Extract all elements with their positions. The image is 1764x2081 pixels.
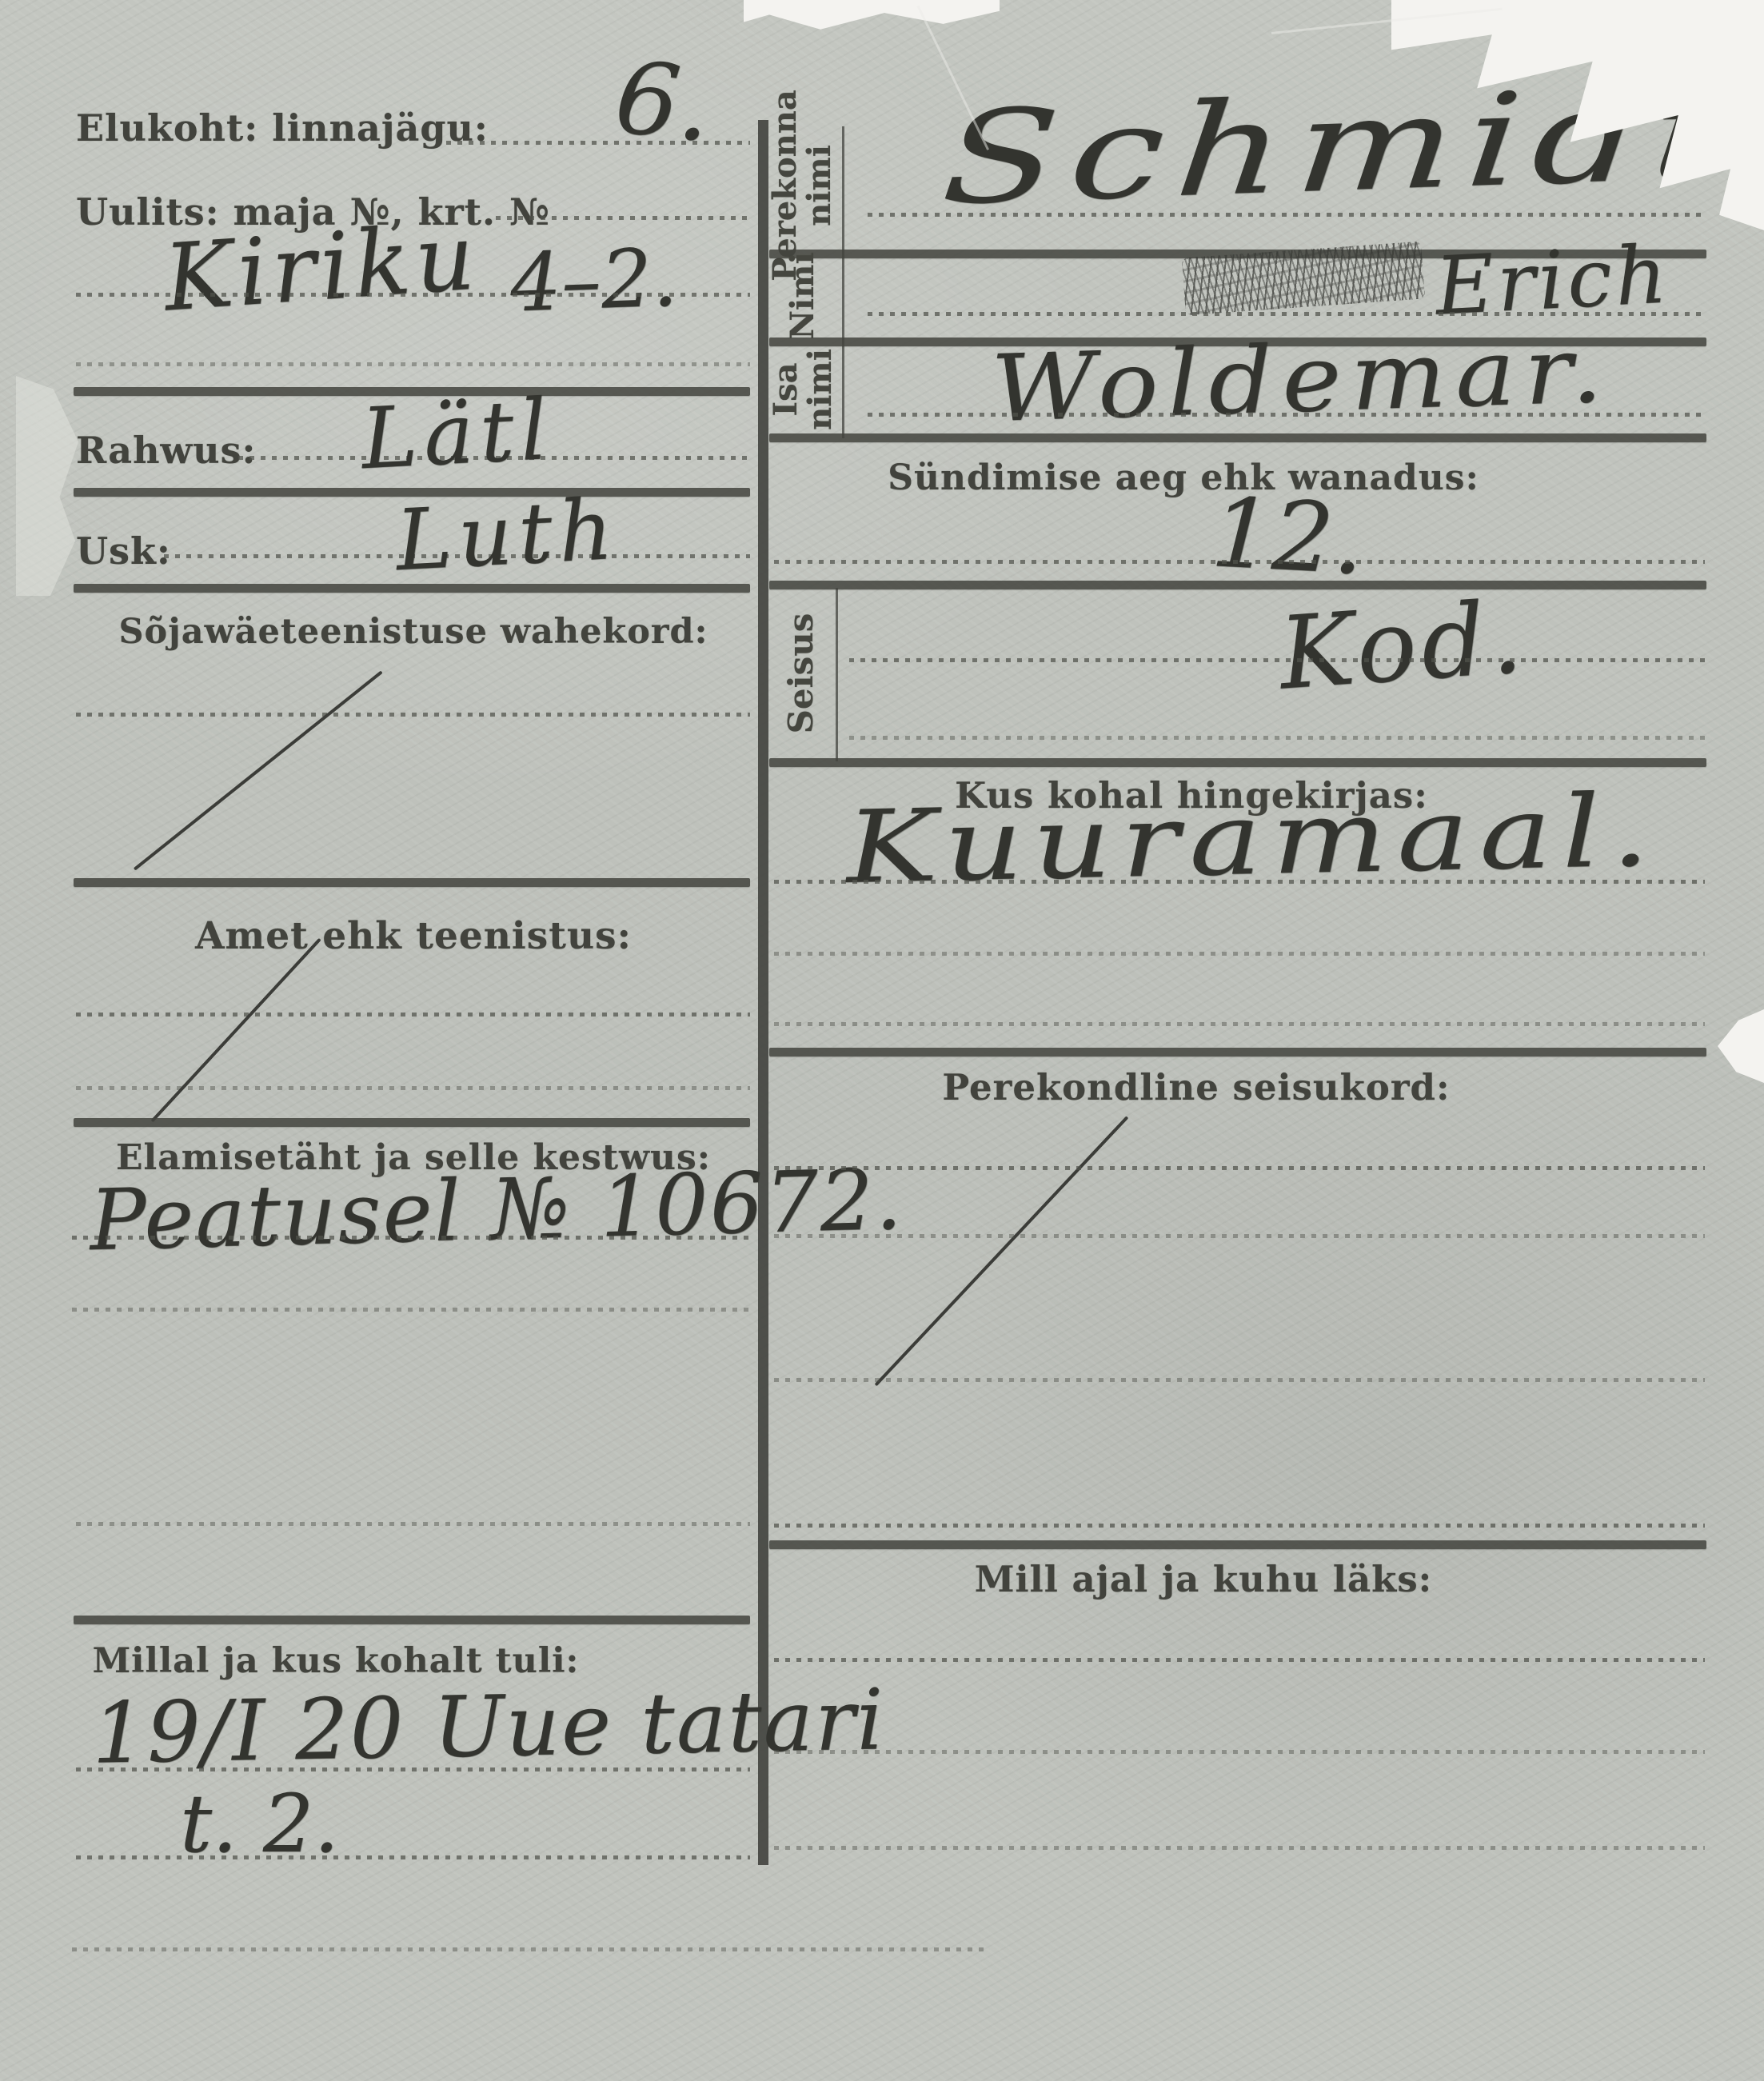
- first-name-label: Nimi: [783, 252, 823, 340]
- status-dotted-line-2: [849, 736, 1705, 740]
- left-blank-dotted-line: [76, 1522, 750, 1526]
- departure-label: Mill ajal ja kuhu läks:: [975, 1558, 1433, 1600]
- nationality-label: Rahwus:: [76, 429, 256, 472]
- rule-right-3: [769, 433, 1706, 442]
- street-number-handwriting: 4–2.: [509, 230, 679, 330]
- rule-left-5: [74, 1118, 750, 1127]
- rule-right-6: [769, 1048, 1706, 1056]
- occupation-label: Amet ehk teenistus:: [195, 914, 632, 958]
- rule-right-5: [769, 758, 1706, 767]
- family-status-dotted-line-1: [774, 1166, 1705, 1170]
- father-name-handwriting: Woldemar.: [989, 316, 1613, 443]
- birth-dotted-line: [774, 560, 1705, 564]
- arrival-dotted-line-2: [76, 1855, 750, 1859]
- register-dotted-line-2: [774, 952, 1705, 956]
- first-name-dotted-line: [868, 312, 1705, 316]
- father-name-label: Isa nimi: [764, 342, 841, 437]
- family-status-label: Perekondline seisukord:: [942, 1066, 1450, 1108]
- label-cell-line-top: [842, 126, 844, 438]
- bottom-dotted-line: [72, 1947, 988, 1951]
- family-status-dotted-line-4: [774, 1524, 1705, 1528]
- military-dotted-line: [76, 713, 750, 717]
- occupation-dotted-line-2: [76, 1086, 750, 1090]
- occupation-dotted-line-1: [76, 1013, 750, 1017]
- register-dotted-line-3: [774, 1022, 1705, 1026]
- label-cell-line-seisus: [836, 588, 838, 761]
- arrival-handwriting-line1: 19/I 20 Uue tatari: [91, 1671, 886, 1782]
- arrival-dotted-line-1: [76, 1767, 750, 1771]
- permit-dotted-line-2: [72, 1308, 750, 1312]
- military-label: Sõjawäeteenistuse wahekord:: [118, 612, 708, 652]
- family-name-dotted-line: [868, 213, 1705, 217]
- birth-handwriting: 12.: [1208, 477, 1367, 597]
- status-handwriting: Kod.: [1275, 579, 1530, 712]
- registration-card-scan: Elukoht: linnajägu: 6. Uulits: maja №, k…: [0, 0, 1764, 2081]
- family-status-dotted-line-2: [774, 1234, 1705, 1238]
- arrival-label: Millal ja kus kohalt tuli:: [93, 1641, 580, 1681]
- rule-right-4: [769, 581, 1706, 589]
- street-dotted-line-3: [76, 362, 750, 366]
- departure-dotted-line-3: [774, 1846, 1705, 1850]
- rule-left-4: [74, 878, 750, 887]
- nationality-handwriting: Lätl: [359, 381, 556, 488]
- register-dotted-line-1: [774, 880, 1705, 884]
- street-dotted-line-1: [496, 216, 750, 220]
- family-status-dotted-line-3: [774, 1378, 1705, 1382]
- family-name-label: Perekonna nimi: [764, 118, 840, 254]
- permit-dotted-line-1: [72, 1236, 750, 1240]
- residence-label: Elukoht: linnajägu:: [76, 106, 489, 150]
- district-number-handwriting: 6.: [610, 39, 717, 165]
- rule-left-6: [74, 1616, 750, 1624]
- status-label: Seisus: [779, 593, 824, 753]
- departure-dotted-line-2: [774, 1750, 1705, 1754]
- rule-right-7: [769, 1540, 1706, 1549]
- street-name-handwriting: Kiriku: [161, 203, 483, 332]
- departure-dotted-line-1: [774, 1658, 1705, 1662]
- religion-label: Usk:: [76, 529, 171, 573]
- birth-label: Sündimise aeg ehk wanadus:: [888, 457, 1479, 498]
- religion-handwriting: Luth: [393, 481, 621, 589]
- rule-left-3: [74, 584, 750, 593]
- register-handwriting: Kuuramaal.: [844, 773, 1661, 906]
- street-dotted-line-2: [76, 293, 750, 297]
- father-name-dotted-line: [868, 413, 1705, 417]
- status-dotted-line-1: [849, 658, 1705, 662]
